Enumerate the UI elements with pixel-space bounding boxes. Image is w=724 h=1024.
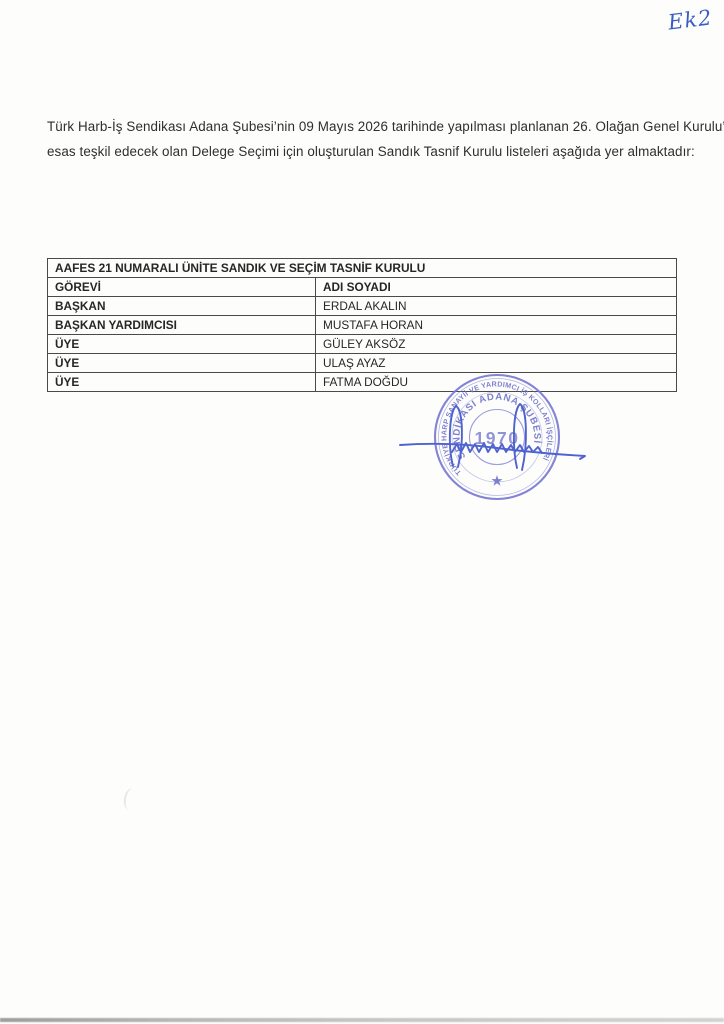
- stamp-year-1970: 1970: [475, 428, 520, 448]
- union-stamp: TÜRKİYE HARP SANAYİİ VE YARDIMCI İŞ KOLL…: [395, 352, 600, 530]
- role-cell: BAŞKAN YARDIMCISI: [48, 316, 316, 335]
- column-header-adi-soyadi: ADI SOYADI: [316, 278, 677, 297]
- scan-bottom-edge: [0, 1018, 724, 1022]
- role-cell: BAŞKAN: [48, 297, 316, 316]
- intro-paragraph-line-1: Türk Harb-İş Sendikası Adana Şubesi’nin …: [47, 114, 683, 139]
- scanned-document-page: Ek2 Türk Harb-İş Sendikası Adana Şubesi’…: [0, 0, 724, 1024]
- table-header-row: GÖREVİ ADI SOYADI: [48, 278, 677, 297]
- role-cell: ÜYE: [48, 373, 316, 392]
- table-row: BAŞKAN ERDAL AKALIN: [48, 297, 677, 316]
- role-cell: ÜYE: [48, 354, 316, 373]
- name-cell: ERDAL AKALIN: [316, 297, 677, 316]
- intro-paragraph-line-2: esas teşkil edecek olan Delege Seçimi iç…: [47, 139, 683, 164]
- table-row: ÜYE GÜLEY AKSÖZ: [48, 335, 677, 354]
- star-icon: ★: [491, 474, 503, 488]
- name-cell: GÜLEY AKSÖZ: [316, 335, 677, 354]
- name-cell: MUSTAFA HORAN: [316, 316, 677, 335]
- intro-paragraph: Türk Harb-İş Sendikası Adana Şubesi’nin …: [47, 114, 683, 164]
- table-title: AAFES 21 NUMARALI ÜNİTE SANDIK VE SEÇİM …: [48, 259, 677, 278]
- column-header-gorevi: GÖREVİ: [48, 278, 316, 297]
- handwritten-ek2-annotation: Ek2: [667, 5, 714, 34]
- table-title-row: AAFES 21 NUMARALI ÜNİTE SANDIK VE SEÇİM …: [48, 259, 677, 278]
- scan-smudge: [122, 787, 140, 811]
- table-row: BAŞKAN YARDIMCISI MUSTAFA HORAN: [48, 316, 677, 335]
- role-cell: ÜYE: [48, 335, 316, 354]
